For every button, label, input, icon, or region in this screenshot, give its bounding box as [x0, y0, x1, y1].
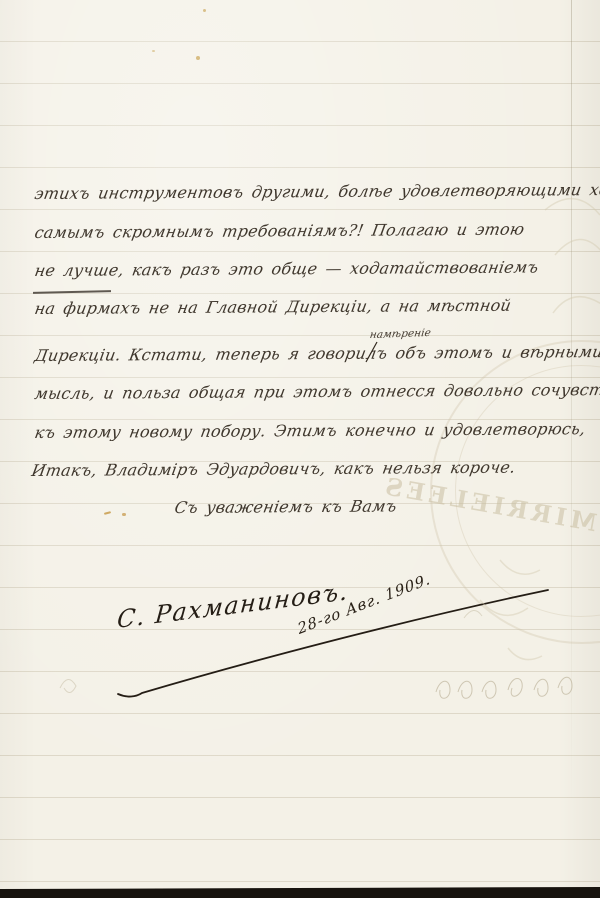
- letter-page: MIRRIELEES этихъ инструментовъ другими, …: [0, 0, 600, 898]
- valediction-line: Съ уваженіемъ къ Вамъ: [173, 496, 398, 518]
- paper-crease: [571, 0, 572, 898]
- paper-speck: [196, 56, 200, 60]
- paper-speck: [203, 9, 206, 12]
- underline-stroke: [33, 290, 111, 294]
- showthrough-swirls: [436, 677, 572, 698]
- insertion-word: намѣреніе: [369, 327, 432, 341]
- paper-speck: [152, 50, 155, 52]
- handwriting-line-1: этихъ инструментовъ другими, болѣе удовл…: [33, 180, 600, 204]
- handwriting-line-5: Дирекціи. Кстати, теперь я говорилъ объ …: [33, 342, 600, 366]
- handwriting-line-2: самымъ скромнымъ требованіямъ?! Полагаю …: [33, 220, 526, 243]
- paper-speck: [122, 513, 126, 516]
- handwriting-line-6: мысль, и польза общая при этомъ отнесся …: [33, 380, 600, 404]
- handwriting-line-8: Итакъ, Владиміръ Эдуардовичъ, какъ нельз…: [30, 458, 517, 481]
- handwriting-line-3: не лучше, какъ разъ это обще — ходатайст…: [33, 257, 540, 281]
- handwriting-line-4: на фирмахъ не на Главной Дирекціи, а на …: [33, 296, 513, 319]
- paper-speck: [104, 511, 111, 515]
- scan-edge-bottom: [0, 887, 600, 898]
- handwriting-line-7: къ этому новому побору. Этимъ конечно и …: [33, 419, 587, 443]
- emboss-floral-arcs: [545, 199, 600, 313]
